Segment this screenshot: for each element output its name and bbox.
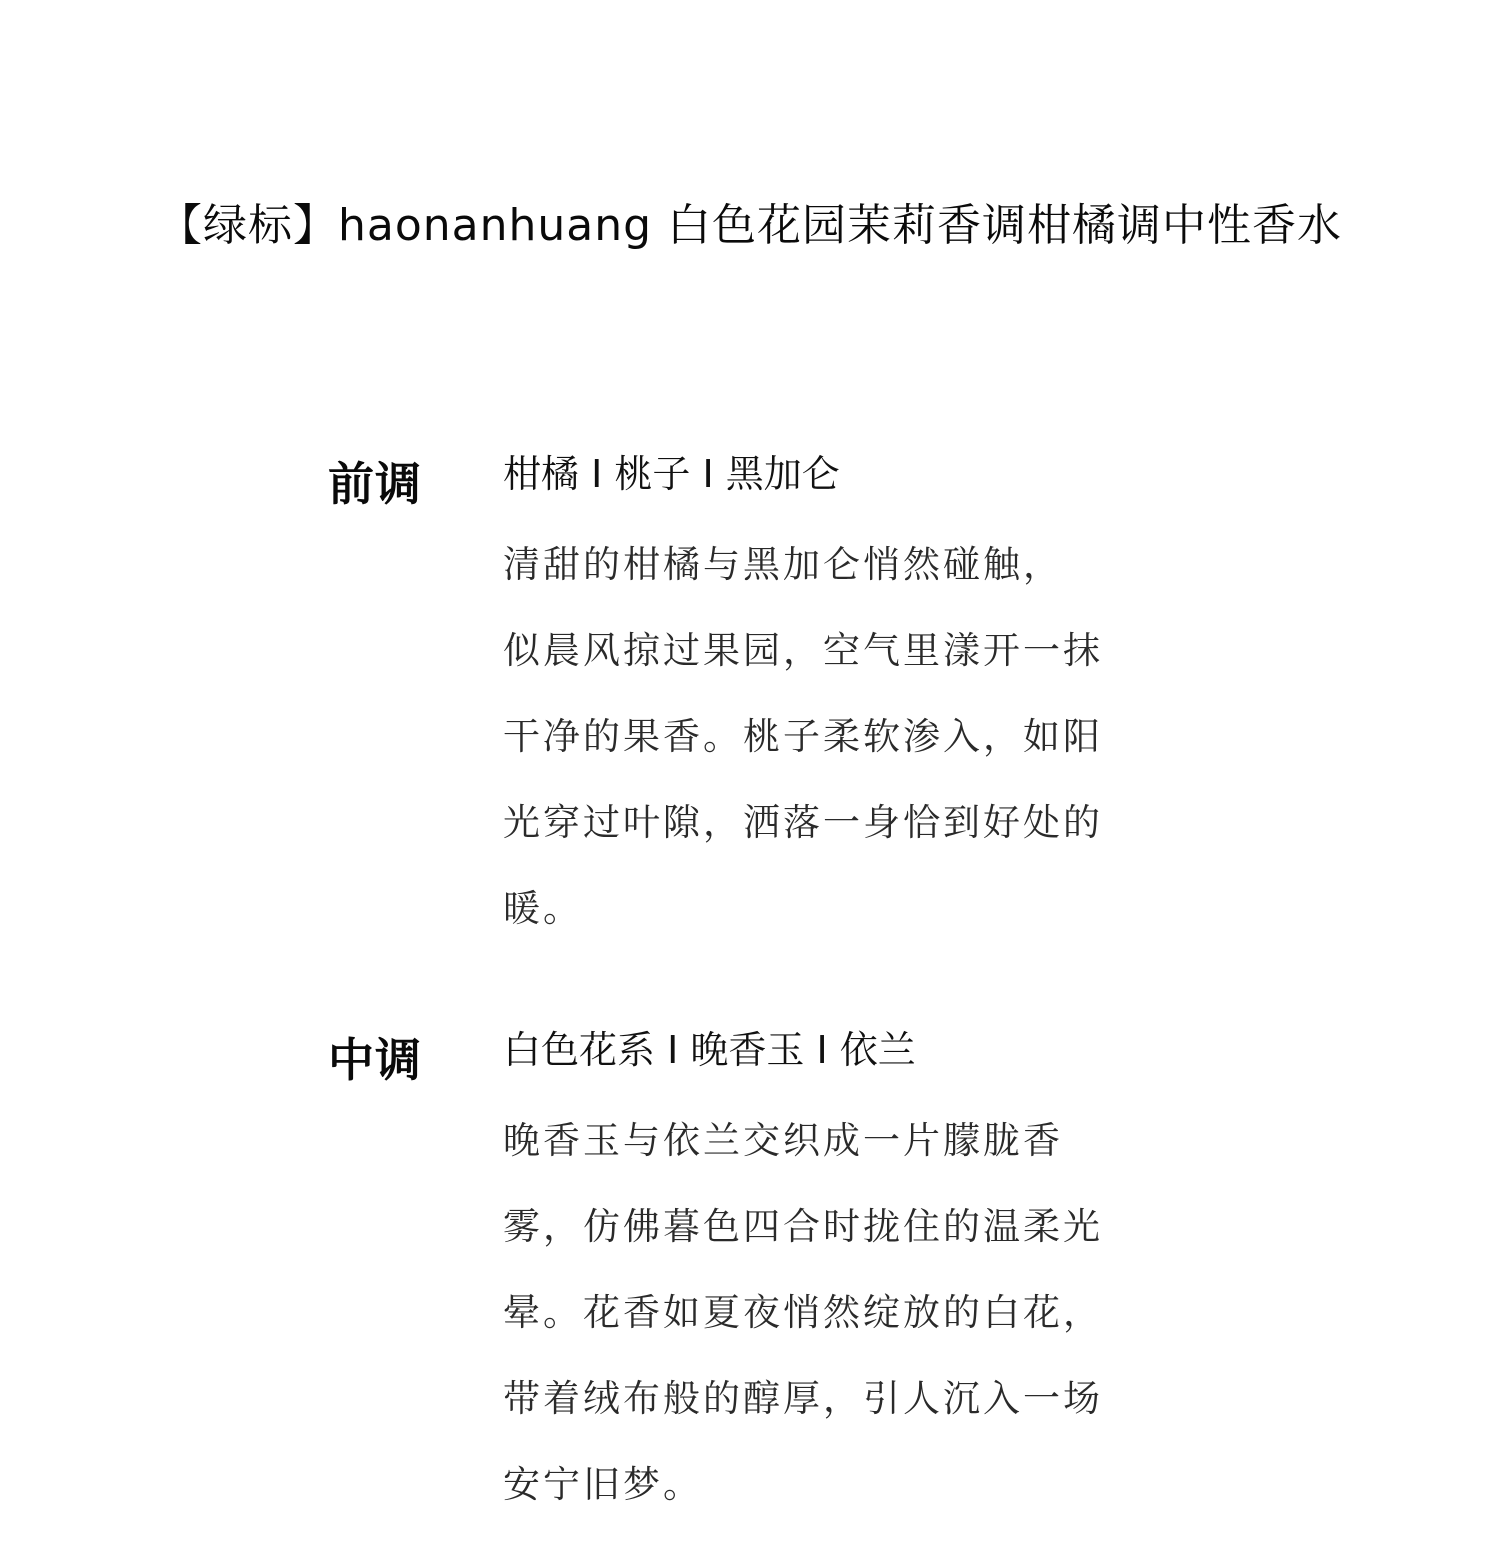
- description-line: 清甜的柑橘与黑加仑悄然碰触，: [503, 522, 1183, 608]
- product-title: 【绿标】haonanhuang 白色花园茉莉香调柑橘调中性香水: [0, 196, 1500, 256]
- description-line: 雾，仿佛暮色四合时拢住的温柔光: [503, 1184, 1183, 1270]
- description-line: 带着绒布般的醇厚，引人沉入一场: [503, 1356, 1183, 1442]
- description-line: 似晨风掠过果园，空气里漾开一抹: [503, 608, 1183, 694]
- description-line: 晚香玉与依兰交织成一片朦胧香: [503, 1098, 1183, 1184]
- description-line: 安宁旧梦。: [503, 1442, 1183, 1528]
- section-label-top-notes: 前调: [328, 456, 422, 512]
- section-label-middle-notes: 中调: [328, 1032, 422, 1088]
- description-line: 干净的果香。桃子柔软渗入，如阳: [503, 694, 1183, 780]
- description-line: 光穿过叶隙，洒落一身恰到好处的: [503, 780, 1183, 866]
- middle-notes-list: 白色花系 I 晚香玉 I 依兰: [503, 1024, 916, 1076]
- middle-notes-description: 晚香玉与依兰交织成一片朦胧香 雾，仿佛暮色四合时拢住的温柔光 晕。花香如夏夜悄然…: [503, 1098, 1183, 1528]
- description-line: 暖。: [503, 866, 1183, 952]
- top-notes-list: 柑橘 I 桃子 I 黑加仑: [503, 448, 840, 500]
- description-line: 晕。花香如夏夜悄然绽放的白花，: [503, 1270, 1183, 1356]
- top-notes-description: 清甜的柑橘与黑加仑悄然碰触， 似晨风掠过果园，空气里漾开一抹 干净的果香。桃子柔…: [503, 522, 1183, 952]
